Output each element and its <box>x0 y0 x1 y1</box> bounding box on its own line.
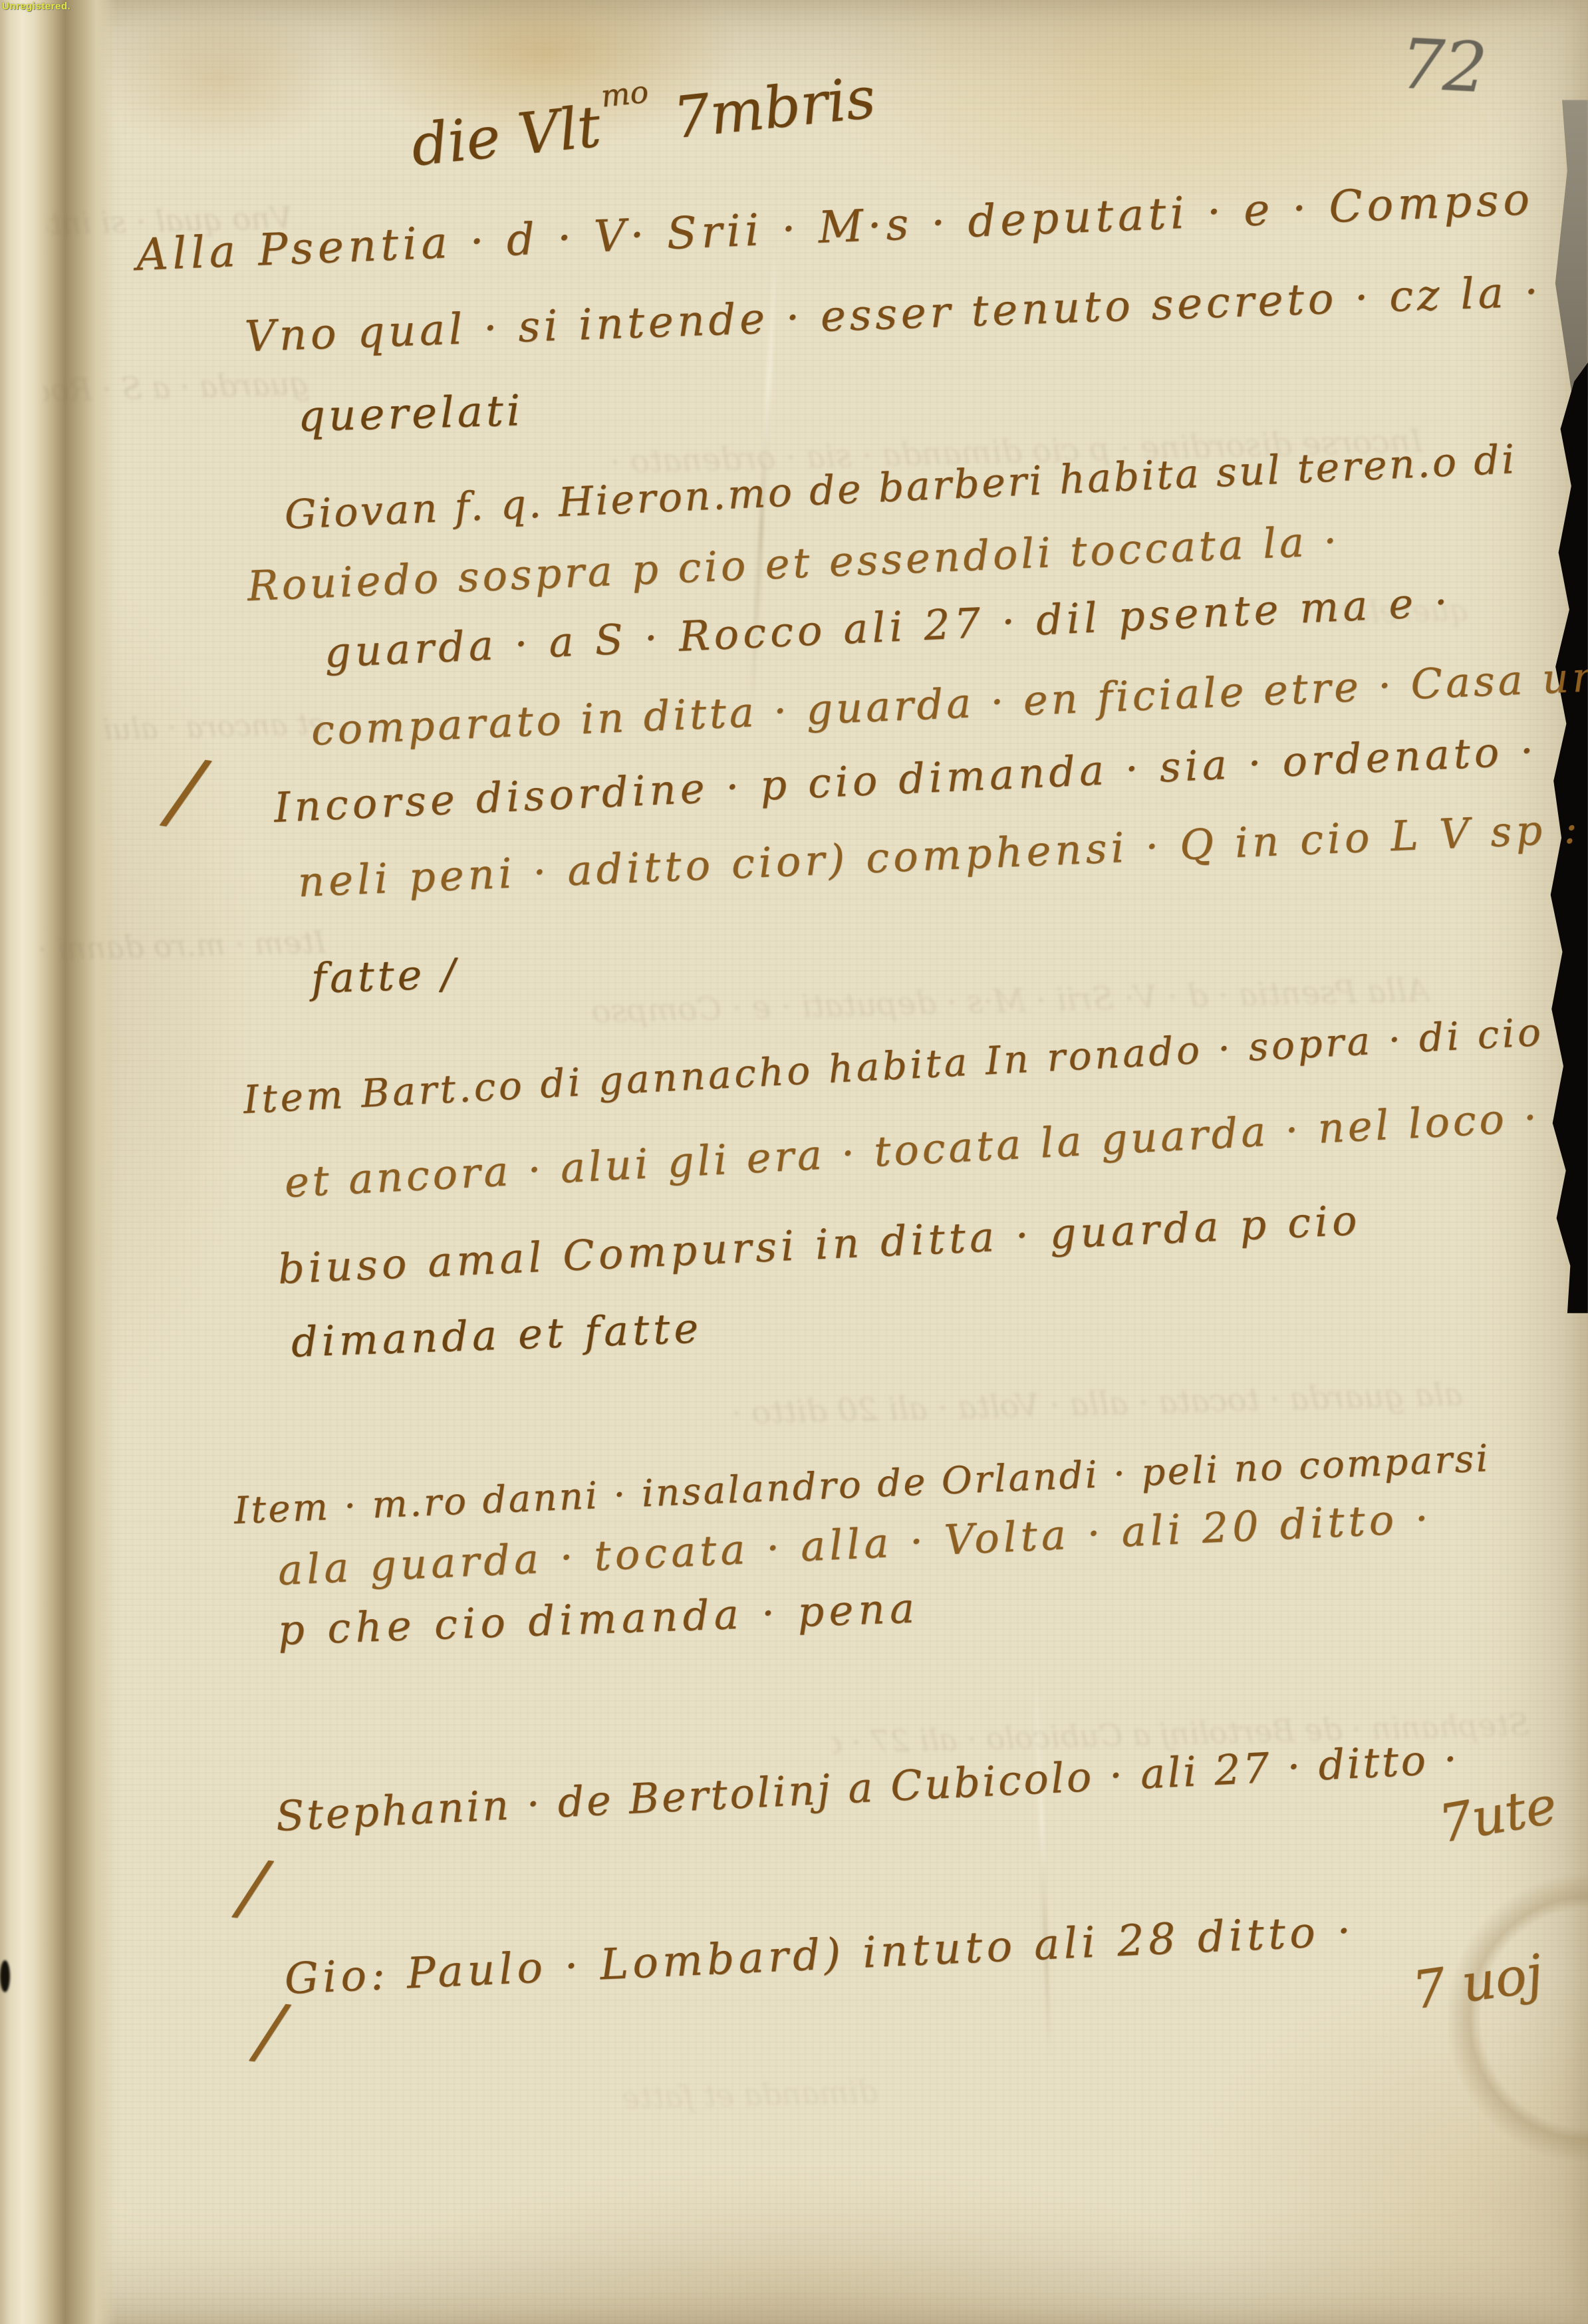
scanner-watermark: Unregistered. <box>2 1 70 12</box>
folio-number: 72 <box>1398 23 1488 109</box>
verso-show-through: Item · m.ro danni · insalandro de Orland… <box>39 924 326 967</box>
verso-show-through: guarda · a S · Rocco ali 27 · dil psente… <box>43 366 309 408</box>
left-edge-nick <box>0 1960 10 1992</box>
verso-show-through: et ancora · alui gli era · tocata la gua… <box>99 708 326 747</box>
manuscript-scan: Unregistered. 72 die Vltmo7mbris Alla Ps… <box>0 0 1588 2324</box>
binding-gutter <box>0 0 116 2324</box>
heading-superscript: mo <box>599 73 650 114</box>
paper-curl-shadow <box>1448 1875 1588 2161</box>
manuscript-line: fatte / <box>311 949 460 1003</box>
verso-show-through: Vno qual · si intende · esser tenuto sec… <box>46 199 293 242</box>
manuscript-line: querelati <box>297 386 524 442</box>
